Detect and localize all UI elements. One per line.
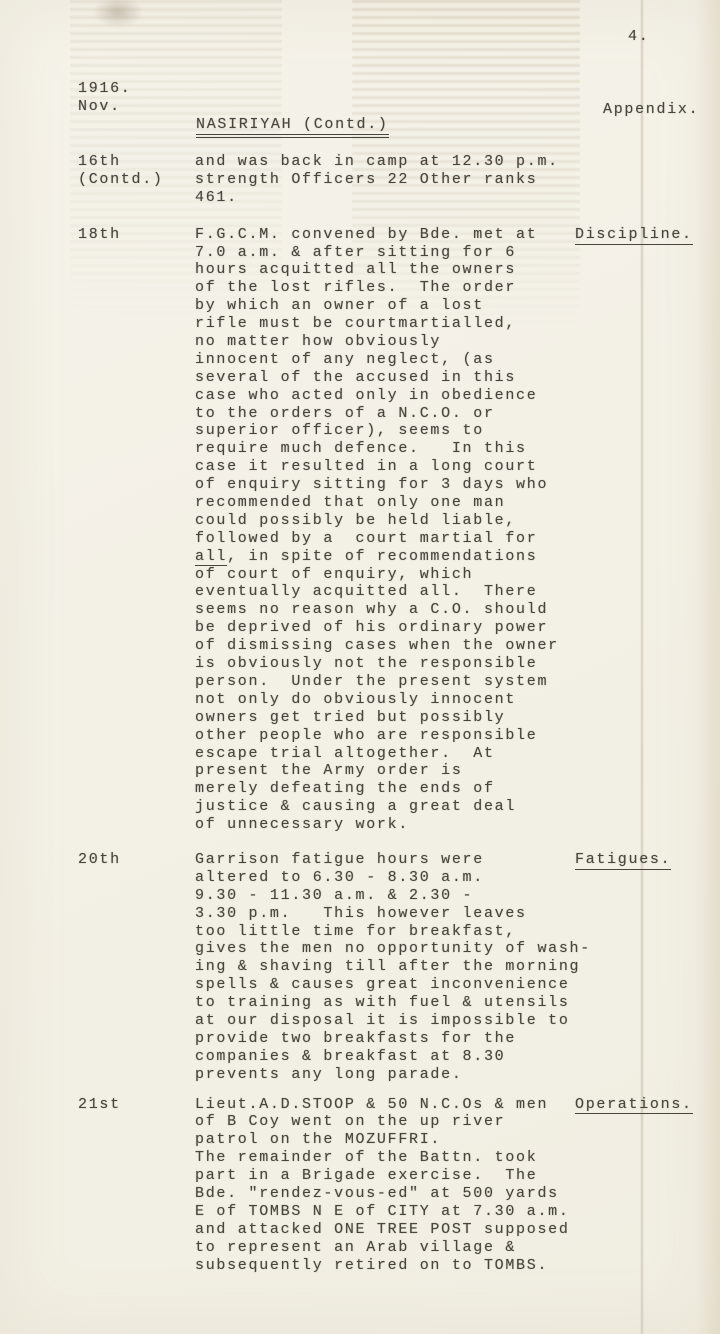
entry-body: and was back in camp at 12.30 p.m.streng… xyxy=(195,153,575,207)
entry-body-line: justice & causing a great deal xyxy=(195,798,575,816)
entry-body-line: provide two breakfasts for the xyxy=(195,1030,575,1048)
entry-body-line: seems no reason why a C.O. should xyxy=(195,601,575,619)
entry-date-line: (Contd.) xyxy=(78,171,195,189)
entry-body-line: be deprived of his ordinary power xyxy=(195,619,575,637)
entry-body-line: require much defence. In this xyxy=(195,440,575,458)
entry-body-line: hours acquitted all the owners xyxy=(195,261,575,279)
entry-body-line: prevents any long parade. xyxy=(195,1066,575,1084)
entry-body-line: patrol on the MOZUFFRI. xyxy=(195,1131,575,1149)
entry-body-line: and was back in camp at 12.30 p.m. xyxy=(195,153,575,171)
entry-body-line: superior officer), seems to xyxy=(195,422,575,440)
entry-body-line: not only do obviously innocent xyxy=(195,691,575,709)
entry-body-line: present the Army order is xyxy=(195,762,575,780)
margin-heading: Fatigues. xyxy=(575,851,671,870)
entry-body-line: to the orders of a N.C.O. or xyxy=(195,405,575,423)
entry-body-line: followed by a court martial for xyxy=(195,530,575,548)
entry-body-line: by which an owner of a lost xyxy=(195,297,575,315)
entry-body-line: escape trial altogether. At xyxy=(195,745,575,763)
entry-body-line: rifle must be courtmartialled, xyxy=(195,315,575,333)
entry-margin: Discipline. xyxy=(575,226,720,834)
entry-body-line: innocent of any neglect, (as xyxy=(195,351,575,369)
entry-margin: Operations. xyxy=(575,1096,720,1275)
entry-body-line: could possibly be held liable, xyxy=(195,512,575,530)
page-number: 4. xyxy=(628,28,649,45)
document-page: 4. 1916. Nov. Appendix. NASIRIYAH (Contd… xyxy=(0,0,720,1334)
diary-entry: 18th F.G.C.M. convened by Bde. met at7.0… xyxy=(0,226,720,834)
entry-body: Lieut.A.D.STOOP & 50 N.C.Os & menof B Co… xyxy=(195,1096,575,1275)
entry-margin: Fatigues. xyxy=(575,851,720,1084)
entry-body-line: E of TOMBS N E of CITY at 7.30 a.m. xyxy=(195,1203,575,1221)
smudge-mark xyxy=(92,0,144,28)
entry-body-line: ing & shaving till after the morning xyxy=(195,958,575,976)
entry-body-line: of the lost rifles. The order xyxy=(195,279,575,297)
entry-body-line: 7.0 a.m. & after sitting for 6 xyxy=(195,244,575,262)
entry-body-line: to training as with fuel & utensils xyxy=(195,994,575,1012)
entry-body-line: person. Under the present system xyxy=(195,673,575,691)
entry-body-line: gives the men no opportunity of wash- xyxy=(195,940,575,958)
entry-body-line: spells & causes great inconvenience xyxy=(195,976,575,994)
entry-body-line: merely defeating the ends of xyxy=(195,780,575,798)
margin-heading: Operations. xyxy=(575,1096,693,1115)
entry-body-line: case who acted only in obedience xyxy=(195,387,575,405)
entry-body-line: at our disposal it is impossible to xyxy=(195,1012,575,1030)
entry-date-line: 16th xyxy=(78,153,195,171)
entry-body-line: of dismissing cases when the owner xyxy=(195,637,575,655)
entry-body-line: owners get tried but possibly xyxy=(195,709,575,727)
entry-date: 20th xyxy=(78,851,195,1084)
entry-body-line: and attacked ONE TREE POST supposed xyxy=(195,1221,575,1239)
section-heading-text: NASIRIYAH (Contd.) xyxy=(196,116,389,138)
entry-body-line: of B Coy went on the up river xyxy=(195,1113,575,1131)
entry-date: 21st xyxy=(78,1096,195,1275)
entry-body-line: 9.30 - 11.30 a.m. & 2.30 - xyxy=(195,887,575,905)
entry-body-line: case it resulted in a long court xyxy=(195,458,575,476)
entry-body-line: to represent an Arab village & xyxy=(195,1239,575,1257)
entry-date-line: 21st xyxy=(78,1096,195,1114)
entry-body-line: no matter how obviously xyxy=(195,333,575,351)
entry-body-line: The remainder of the Battn. took xyxy=(195,1149,575,1167)
entry-body-line: companies & breakfast at 8.30 xyxy=(195,1048,575,1066)
diary-entry: 21st Lieut.A.D.STOOP & 50 N.C.Os & menof… xyxy=(0,1096,720,1275)
entry-margin xyxy=(575,153,720,207)
section-heading: NASIRIYAH (Contd.) xyxy=(196,116,389,138)
entry-body: F.G.C.M. convened by Bde. met at7.0 a.m.… xyxy=(195,226,575,834)
entry-body-line: several of the accused in this xyxy=(195,369,575,387)
entry-body-line: altered to 6.30 - 8.30 a.m. xyxy=(195,869,575,887)
entry-body: Garrison fatigue hours werealtered to 6.… xyxy=(195,851,575,1084)
entry-body-line: Bde. "rendez-vous-ed" at 500 yards xyxy=(195,1185,575,1203)
entry-date-line: 20th xyxy=(78,851,195,869)
entry-body-line: of enquiry sitting for 3 days who xyxy=(195,476,575,494)
entry-date: 16th(Contd.) xyxy=(78,153,195,207)
entry-body-line: Garrison fatigue hours were xyxy=(195,851,575,869)
diary-entries: 16th(Contd.) and was back in camp at 12.… xyxy=(0,153,720,1274)
entry-body-line: Lieut.A.D.STOOP & 50 N.C.Os & men xyxy=(195,1096,575,1114)
entry-body-line: other people who are responsible xyxy=(195,727,575,745)
entry-date: 18th xyxy=(78,226,195,834)
appendix-label: Appendix. xyxy=(603,101,699,118)
entry-body-line: is obviously not the responsible xyxy=(195,655,575,673)
entry-date-line: 18th xyxy=(78,226,195,244)
diary-entry: 20th Garrison fatigue hours werealtered … xyxy=(0,851,720,1084)
entry-body-line: recommended that only one man xyxy=(195,494,575,512)
entry-body-line: strength Officers 22 Other ranks xyxy=(195,171,575,189)
entry-body-line: part in a Brigade exercise. The xyxy=(195,1167,575,1185)
margin-heading: Discipline. xyxy=(575,226,693,245)
date-year: 1916. xyxy=(78,80,132,97)
entry-body-line: subsequently retired on to TOMBS. xyxy=(195,1257,575,1275)
entry-body-line: of unnecessary work. xyxy=(195,816,575,834)
entry-body-line: of court of enquiry, which xyxy=(195,566,575,584)
entry-body-line: F.G.C.M. convened by Bde. met at xyxy=(195,226,575,244)
entry-body-line: 461. xyxy=(195,189,575,207)
date-month: Nov. xyxy=(78,98,121,115)
entry-body-line: too little time for breakfast, xyxy=(195,923,575,941)
diary-entry: 16th(Contd.) and was back in camp at 12.… xyxy=(0,153,720,207)
entry-body-line: 3.30 p.m. This however leaves xyxy=(195,905,575,923)
entry-body-line: eventually acquitted all. There xyxy=(195,583,575,601)
entry-body-line: all, in spite of recommendations xyxy=(195,548,575,566)
